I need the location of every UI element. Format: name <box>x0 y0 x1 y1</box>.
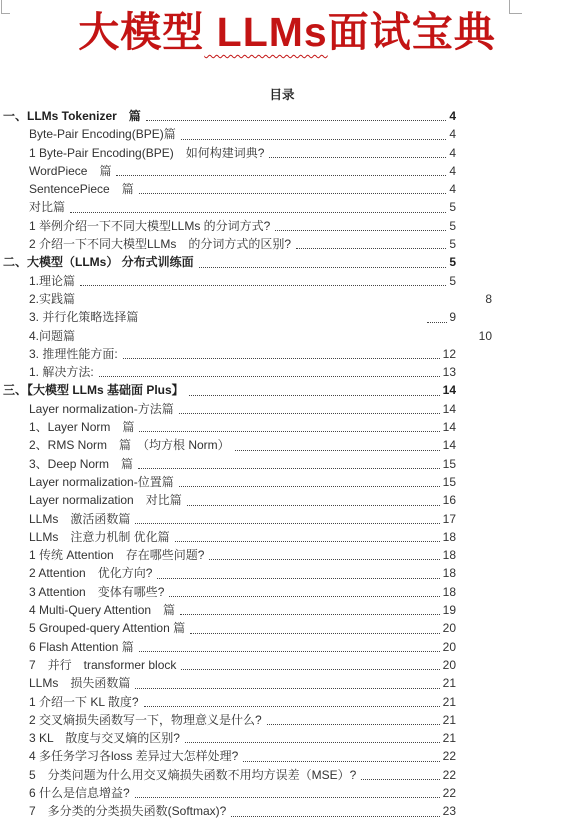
toc-row[interactable]: 2.实践篇 8 <box>0 290 564 308</box>
toc-item-label: 2 交叉熵损失函数写一下，物理意义是什么? <box>29 711 262 729</box>
toc-item-page: 5 <box>449 253 456 271</box>
toc-item-label: 2.实践篇 <box>29 290 75 308</box>
toc-item-page: 14 <box>443 436 456 454</box>
toc-row[interactable]: LLMs 注意力机制 优化篇 18 <box>0 528 564 546</box>
toc-item-label: 1.理论篇 <box>29 272 75 290</box>
toc-leader-dots <box>296 248 446 249</box>
toc-row[interactable]: 1 举例介绍一下不同大模型LLMs 的分词方式? 5 <box>0 217 564 235</box>
toc-item-page: 20 <box>443 656 456 674</box>
toc-item-label: 5 Grouped-query Attention 篇 <box>29 619 185 637</box>
toc-item-label: 6 Flash Attention 篇 <box>29 638 134 656</box>
toc-row[interactable]: 1.理论篇 5 <box>0 272 564 290</box>
toc-item-label: 三、【大模型 LLMs 基础面 Plus】 <box>3 381 184 399</box>
toc-item-page: 4 <box>449 125 456 143</box>
toc-item-label: 1. 解决方法: <box>29 363 94 381</box>
page: 大模型 LLMs面试宝典 目录 一、LLMs Tokenizer 篇 4 Byt… <box>0 0 564 832</box>
toc-item-page: 8 <box>485 290 492 308</box>
toc-leader-dots <box>70 212 446 213</box>
toc-row[interactable]: 1. 解决方法: 13 <box>0 363 564 381</box>
toc-item-page: 5 <box>449 198 456 216</box>
toc-leader-dots <box>179 486 440 487</box>
toc-row[interactable]: 6 什么是信息增益? 22 <box>0 784 564 802</box>
toc-row[interactable]: 2 介绍一下不同大模型LLMs 的分词方式的区别? 5 <box>0 235 564 253</box>
toc-list: 一、LLMs Tokenizer 篇 4 Byte-Pair Encoding(… <box>0 107 564 821</box>
toc-leader-dots <box>135 797 440 798</box>
toc-item-page: 20 <box>443 619 456 637</box>
toc-row[interactable]: Layer normalization-位置篇 15 <box>0 473 564 491</box>
toc-row[interactable]: 2 Attention 优化方向? 18 <box>0 564 564 582</box>
toc-leader-dots <box>189 395 440 396</box>
toc-row[interactable]: 3 KL 散度与交叉熵的区别? 21 <box>0 729 564 747</box>
toc-row[interactable]: 5 Grouped-query Attention 篇 20 <box>0 619 564 637</box>
toc-item-label: 4.问题篇 <box>29 327 75 345</box>
toc-item-label: 3 KL 散度与交叉熵的区别? <box>29 729 180 747</box>
toc-leader-dots <box>187 505 440 506</box>
toc-item-label: 4 Multi-Query Attention 篇 <box>29 601 175 619</box>
toc-item-label: SentencePiece 篇 <box>29 180 134 198</box>
toc-row[interactable]: 1 Byte-Pair Encoding(BPE) 如何构建词典? 4 <box>0 144 564 162</box>
toc-item-page: 19 <box>443 601 456 619</box>
toc-leader-dots <box>179 413 440 414</box>
toc-item-page: 14 <box>443 418 456 436</box>
toc-row[interactable]: 7 并行 transformer block 20 <box>0 656 564 674</box>
toc-leader-dots <box>190 633 440 634</box>
toc-item-page: 4 <box>449 144 456 162</box>
toc-item-page: 22 <box>443 747 456 765</box>
toc-leader-dots <box>269 157 446 158</box>
toc-leader-short-dots <box>427 322 447 323</box>
toc-leader-dots <box>146 120 447 121</box>
toc-leader-dots <box>139 193 447 194</box>
toc-item-page: 5 <box>449 217 456 235</box>
toc-item-page: 9 <box>449 308 456 326</box>
page-title: 大模型 LLMs面试宝典 <box>0 6 564 58</box>
toc-heading: 目录 <box>0 85 564 103</box>
toc-item-page: 17 <box>443 510 456 528</box>
toc-row[interactable]: 三、【大模型 LLMs 基础面 Plus】 14 <box>0 381 564 399</box>
toc-item-page: 16 <box>443 491 456 509</box>
toc-leader-dots <box>267 724 440 725</box>
toc-item-page: 22 <box>443 766 456 784</box>
toc-leader-dots <box>144 706 440 707</box>
toc-item-label: LLMs 损失函数篇 <box>29 674 130 692</box>
toc-item-page: 4 <box>449 107 456 125</box>
toc-leader-dots <box>185 742 440 743</box>
toc-item-label: 1、Layer Norm 篇 <box>29 418 134 436</box>
toc-item-label: 1 介绍一下 KL 散度? <box>29 693 139 711</box>
toc-item-label: LLMs 注意力机制 优化篇 <box>29 528 170 546</box>
toc-item-label: 5 分类问题为什么用交叉熵损失函数不用均方误差（MSE）? <box>29 766 356 784</box>
toc-leader-dots <box>138 468 440 469</box>
toc-item-label: Layer normalization-方法篇 <box>29 400 174 418</box>
toc-item-label: 2 Attention 优化方向? <box>29 564 152 582</box>
toc-row[interactable]: 对比篇 5 <box>0 198 564 216</box>
toc-item-label: Layer normalization 对比篇 <box>29 491 182 509</box>
toc-item-label: LLMs 激活函数篇 <box>29 510 130 528</box>
toc-row[interactable]: 3. 推理性能方面: 12 <box>0 345 564 363</box>
toc-leader-dots <box>175 541 440 542</box>
toc-item-page: 15 <box>443 455 456 473</box>
toc-item-label: WordPiece 篇 <box>29 162 111 180</box>
toc-row[interactable]: 1 介绍一下 KL 散度? 21 <box>0 693 564 711</box>
toc-leader-dots <box>180 614 440 615</box>
toc-row[interactable]: 1、Layer Norm 篇 14 <box>0 418 564 436</box>
toc-row[interactable]: 5 分类问题为什么用交叉熵损失函数不用均方误差（MSE）? 22 <box>0 766 564 784</box>
title-text-spellcheck-wavy: LLMs <box>204 9 327 55</box>
toc-item-page: 14 <box>443 400 456 418</box>
toc-row[interactable]: 二、大模型（LLMs） 分布式训练面 5 <box>0 253 564 271</box>
toc-leader-dots <box>235 450 440 451</box>
toc-item-label: 7 并行 transformer block <box>29 656 176 674</box>
toc-leader-dots <box>231 816 439 817</box>
toc-row[interactable]: 6 Flash Attention 篇 20 <box>0 638 564 656</box>
toc-item-label: 3. 并行化策略选择篇 <box>29 308 138 326</box>
toc-row[interactable]: 2、RMS Norm 篇 （均方根 Norm） 14 <box>0 436 564 454</box>
toc-leader-dots <box>135 523 439 524</box>
toc-leader-dots <box>116 175 446 176</box>
toc-item-page: 21 <box>443 693 456 711</box>
toc-item-page: 12 <box>443 345 456 363</box>
toc-row[interactable]: Byte-Pair Encoding(BPE)篇 4 <box>0 125 564 143</box>
toc-item-label: 3、Deep Norm 篇 <box>29 455 133 473</box>
toc-leader-dots <box>181 669 439 670</box>
toc-item-label: 一、LLMs Tokenizer 篇 <box>3 107 141 125</box>
toc-item-page: 5 <box>449 272 456 290</box>
toc-item-label: 6 什么是信息增益? <box>29 784 130 802</box>
toc-item-page: 10 <box>479 327 492 345</box>
toc-row[interactable]: 4 Multi-Query Attention 篇 19 <box>0 601 564 619</box>
toc-item-label: 二、大模型（LLMs） 分布式训练面 <box>3 253 194 271</box>
toc-item-label: 7 多分类的分类损失函数(Softmax)? <box>29 802 226 820</box>
toc-leader-dots <box>199 267 447 268</box>
toc-item-page: 18 <box>443 546 456 564</box>
toc-item-page: 13 <box>443 363 456 381</box>
toc-item-page: 21 <box>443 674 456 692</box>
toc-item-label: Layer normalization-位置篇 <box>29 473 174 491</box>
toc-item-label: 2、RMS Norm 篇 （均方根 Norm） <box>29 436 230 454</box>
toc-row[interactable]: 一、LLMs Tokenizer 篇 4 <box>0 107 564 125</box>
toc-item-label: 2 介绍一下不同大模型LLMs 的分词方式的区别? <box>29 235 291 253</box>
toc-leader-dots <box>157 578 439 579</box>
toc-leader-dots <box>275 230 446 231</box>
toc-item-page: 18 <box>443 583 456 601</box>
toc-row[interactable]: 3、Deep Norm 篇 15 <box>0 455 564 473</box>
toc-item-label: 4 多任务学习各loss 差异过大怎样处理? <box>29 747 238 765</box>
toc-item-label: 对比篇 <box>29 198 65 216</box>
title-text-before: 大模型 <box>78 9 204 55</box>
toc-item-page: 14 <box>443 381 456 399</box>
toc-item-label: 1 Byte-Pair Encoding(BPE) 如何构建词典? <box>29 144 264 162</box>
toc-row[interactable]: 4 多任务学习各loss 差异过大怎样处理? 22 <box>0 747 564 765</box>
toc-row[interactable]: LLMs 激活函数篇 17 <box>0 510 564 528</box>
toc-row[interactable]: Layer normalization 对比篇 16 <box>0 491 564 509</box>
toc-item-page: 4 <box>449 180 456 198</box>
toc-row[interactable]: WordPiece 篇 4 <box>0 162 564 180</box>
toc-leader-dots <box>123 358 440 359</box>
toc-leader-dots <box>209 559 439 560</box>
toc-row[interactable]: 4.问题篇 10 <box>0 327 564 345</box>
toc-leader-dots <box>361 779 439 780</box>
toc-item-page: 18 <box>443 564 456 582</box>
toc-item-page: 21 <box>443 711 456 729</box>
toc-item-label: 1 传统 Attention 存在哪些问题? <box>29 546 204 564</box>
toc-leader-dots <box>139 651 440 652</box>
toc-leader-dots <box>169 596 439 597</box>
toc-row[interactable]: SentencePiece 篇 4 <box>0 180 564 198</box>
title-text-after: 面试宝典 <box>328 9 496 55</box>
toc-item-label: 3 Attention 变体有哪些? <box>29 583 164 601</box>
toc-leader-dots <box>139 431 439 432</box>
toc-item-page: 21 <box>443 729 456 747</box>
toc-item-page: 18 <box>443 528 456 546</box>
toc-row[interactable]: 7 多分类的分类损失函数(Softmax)? 23 <box>0 802 564 820</box>
toc-row[interactable]: Layer normalization-方法篇 14 <box>0 400 564 418</box>
toc-item-label: 3. 推理性能方面: <box>29 345 118 363</box>
toc-item-page: 15 <box>443 473 456 491</box>
toc-item-page: 4 <box>449 162 456 180</box>
toc-leader-dots <box>99 376 440 377</box>
toc-row[interactable]: LLMs 损失函数篇 21 <box>0 674 564 692</box>
toc-item-page: 20 <box>443 638 456 656</box>
toc-item-page: 22 <box>443 784 456 802</box>
toc-leader-dots <box>243 761 439 762</box>
toc-item-page: 23 <box>443 802 456 820</box>
toc-item-label: Byte-Pair Encoding(BPE)篇 <box>29 125 176 143</box>
toc-leader-dots <box>80 285 446 286</box>
toc-row[interactable]: 3 Attention 变体有哪些? 18 <box>0 583 564 601</box>
toc-item-page: 5 <box>449 235 456 253</box>
toc-item-label: 1 举例介绍一下不同大模型LLMs 的分词方式? <box>29 217 270 235</box>
toc-row[interactable]: 1 传统 Attention 存在哪些问题? 18 <box>0 546 564 564</box>
toc-row[interactable]: 3. 并行化策略选择篇 9 <box>0 308 564 326</box>
toc-leader-dots <box>135 688 439 689</box>
toc-row[interactable]: 2 交叉熵损失函数写一下，物理意义是什么? 21 <box>0 711 564 729</box>
toc-leader-dots <box>181 139 447 140</box>
